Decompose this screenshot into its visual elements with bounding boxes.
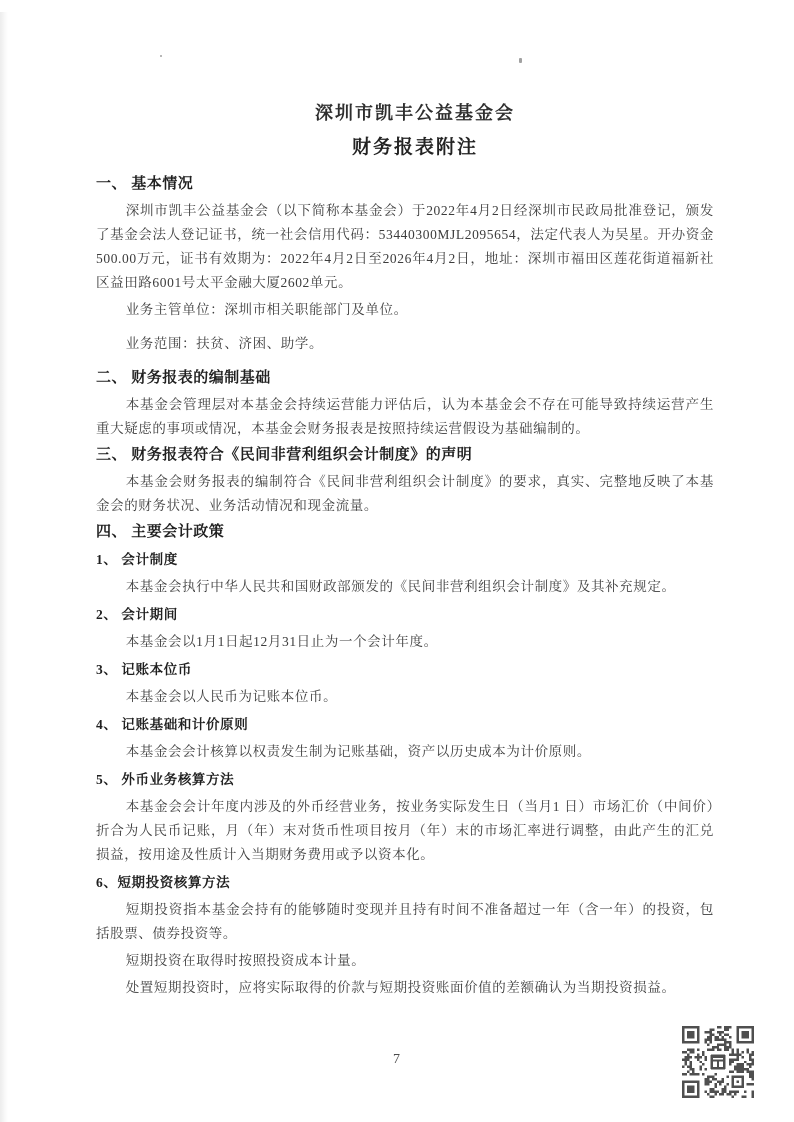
section-heading-accounting-policies: 四、 主要会计政策 bbox=[96, 520, 714, 544]
section-heading-preparation-basis: 二、 财务报表的编制基础 bbox=[96, 366, 714, 390]
policy-heading-functional-currency: 3、 记账本位币 bbox=[96, 658, 714, 682]
policy-heading-short-term-investment: 6、短期投资核算方法 bbox=[96, 871, 714, 895]
policy-heading-accounting-system: 1、 会计制度 bbox=[96, 548, 714, 572]
document-page: 深圳市凯丰公益基金会 财务报表附注 一、 基本情况 深圳市凯丰公益基金会（以下简… bbox=[0, 0, 794, 1122]
para-preparation-basis: 本基金会管理层对本基金会持续运营能力评估后，认为本基金会不存在可能导致持续运营产… bbox=[96, 393, 714, 441]
document-body: 深圳市凯丰公益基金会 财务报表附注 一、 基本情况 深圳市凯丰公益基金会（以下简… bbox=[96, 100, 714, 1000]
section-heading-basic-info: 一、 基本情况 bbox=[96, 172, 714, 196]
para-compliance-statement: 本基金会财务报表的编制符合《民间非营利组织会计制度》的要求，真实、完整地反映了本… bbox=[96, 470, 714, 518]
para-supervisory-unit: 业务主管单位：深圳市相关职能部门及单位。 bbox=[96, 298, 714, 322]
page-edge-shadow bbox=[0, 12, 8, 1122]
section-heading-compliance-statement: 三、 财务报表符合《民间非营利组织会计制度》的声明 bbox=[96, 443, 714, 467]
para-accounting-period: 本基金会以1月1日起12月31日止为一个会计年度。 bbox=[96, 630, 714, 654]
para-short-term-investment-measurement: 短期投资在取得时按照投资成本计量。 bbox=[96, 949, 714, 973]
para-accounting-system: 本基金会执行中华人民共和国财政部颁发的《民间非营利组织会计制度》及其补充规定。 bbox=[96, 575, 714, 599]
document-subtitle: 财务报表附注 bbox=[96, 134, 714, 162]
policy-heading-accounting-period: 2、 会计期间 bbox=[96, 603, 714, 627]
scan-speck bbox=[160, 55, 162, 57]
page-number: 7 bbox=[0, 1052, 794, 1068]
para-foreign-currency: 本基金会会计年度内涉及的外币经营业务，按业务实际发生日（当月1 日）市场汇价（中… bbox=[96, 795, 714, 867]
para-basic-info-registration: 深圳市凯丰公益基金会（以下简称本基金会）于2022年4月2日经深圳市民政局批准登… bbox=[96, 199, 714, 295]
para-accounting-basis: 本基金会会计核算以权责发生制为记账基础，资产以历史成本为计价原则。 bbox=[96, 740, 714, 764]
para-business-scope: 业务范围：扶贫、济困、助学。 bbox=[96, 332, 714, 356]
qr-code bbox=[682, 1026, 754, 1098]
policy-heading-foreign-currency: 5、 外币业务核算方法 bbox=[96, 768, 714, 792]
policy-heading-accounting-basis: 4、 记账基础和计价原则 bbox=[96, 713, 714, 737]
para-short-term-investment-definition: 短期投资指本基金会持有的能够随时变现并且持有时间不准备超过一年（含一年）的投资，… bbox=[96, 898, 714, 946]
scan-speck bbox=[519, 58, 522, 63]
para-functional-currency: 本基金会以人民币为记账本位币。 bbox=[96, 685, 714, 709]
organization-title: 深圳市凯丰公益基金会 bbox=[96, 100, 714, 126]
para-short-term-investment-disposal: 处置短期投资时，应将实际取得的价款与短期投资账面价值的差额确认为当期投资损益。 bbox=[96, 976, 714, 1000]
